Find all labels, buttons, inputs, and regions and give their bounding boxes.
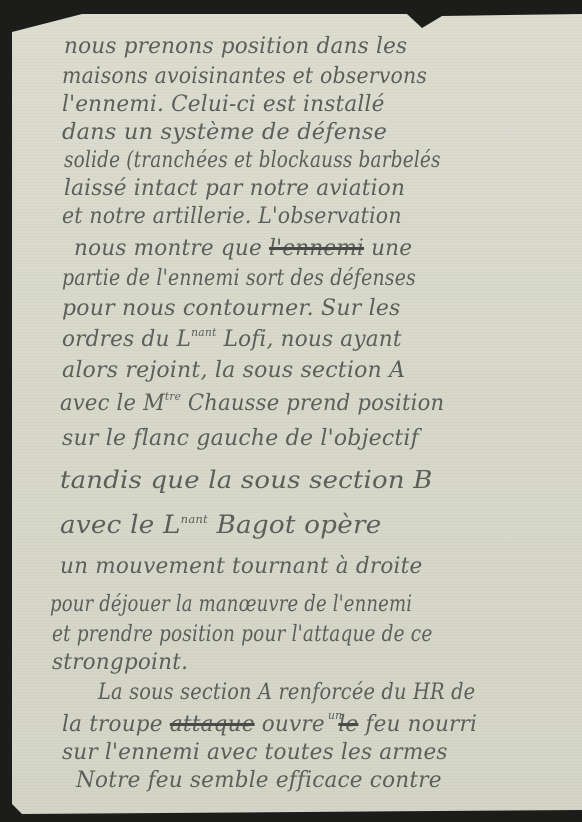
paper-sheet: nous prenons position dans les maisons a… xyxy=(12,14,582,814)
text-line-22: la troupe attaque ouvre unle feu nourri xyxy=(62,712,477,737)
line-11-pre: ordres du L xyxy=(62,327,191,352)
text-line-8: nous montre que l'ennemi une xyxy=(74,236,412,261)
line-22-pre: la troupe xyxy=(62,712,170,737)
text-line-12: alors rejoint, la sous section A xyxy=(62,358,405,383)
abbrev-superscript: nant xyxy=(191,326,216,339)
text-line-24: Notre feu semble efficace contre xyxy=(76,768,442,793)
inserted-word: un xyxy=(328,709,342,722)
line-8-pre: nous montre que xyxy=(74,236,269,261)
text-line-6: laissé intact par notre aviation xyxy=(64,176,405,201)
text-line-1: nous prenons position dans les xyxy=(64,34,407,59)
line-16-post: Bagot opère xyxy=(208,510,382,539)
text-line-7: et notre artillerie. L'observation xyxy=(62,204,402,229)
text-line-19: et prendre position pour l'attaque de ce xyxy=(52,622,432,647)
line-22-post: feu nourri xyxy=(358,712,477,737)
text-line-14: sur le flanc gauche de l'objectif xyxy=(62,426,419,451)
text-line-5: solide (tranchées et blockauss barbelés xyxy=(64,148,441,173)
text-line-2: maisons avoisinantes et observons xyxy=(62,64,427,89)
line-16-pre: avec le L xyxy=(60,510,181,539)
scanned-page: nous prenons position dans les maisons a… xyxy=(0,0,582,822)
struck-word: l'ennemi xyxy=(269,236,364,261)
line-11-post: Lofi, nous ayant xyxy=(217,327,402,352)
text-line-18: pour déjouer la manœuvre de l'ennemi xyxy=(50,592,412,617)
text-line-11: ordres du Lnant Lofi, nous ayant xyxy=(62,326,402,352)
struck-word: attaque xyxy=(170,712,255,737)
abbrev-superscript: tre xyxy=(165,390,181,403)
text-line-21: La sous section A renforcée du HR de xyxy=(98,680,475,705)
line-13-post: Chausse prend position xyxy=(181,391,444,416)
text-line-20: strongpoint. xyxy=(52,650,188,675)
text-line-13: avec le Mtre Chausse prend position xyxy=(60,390,444,416)
text-line-4: dans un système de défense xyxy=(62,120,387,145)
line-13-pre: avec le M xyxy=(60,391,165,416)
text-line-15: tandis que la sous section B xyxy=(60,466,432,494)
text-line-16: avec le Lnant Bagot opère xyxy=(60,510,381,539)
text-line-9: partie de l'ennemi sort des défenses xyxy=(62,266,416,291)
text-line-3: l'ennemi. Celui-ci est installé xyxy=(62,92,385,117)
text-line-23: sur l'ennemi avec toutes les armes xyxy=(62,740,448,765)
line-22-mid: ouvre xyxy=(255,712,332,737)
text-line-10: pour nous contourner. Sur les xyxy=(62,296,401,321)
abbrev-superscript: nant xyxy=(181,513,208,526)
text-line-17: un mouvement tournant à droite xyxy=(60,554,422,579)
line-8-post: une xyxy=(364,236,412,261)
